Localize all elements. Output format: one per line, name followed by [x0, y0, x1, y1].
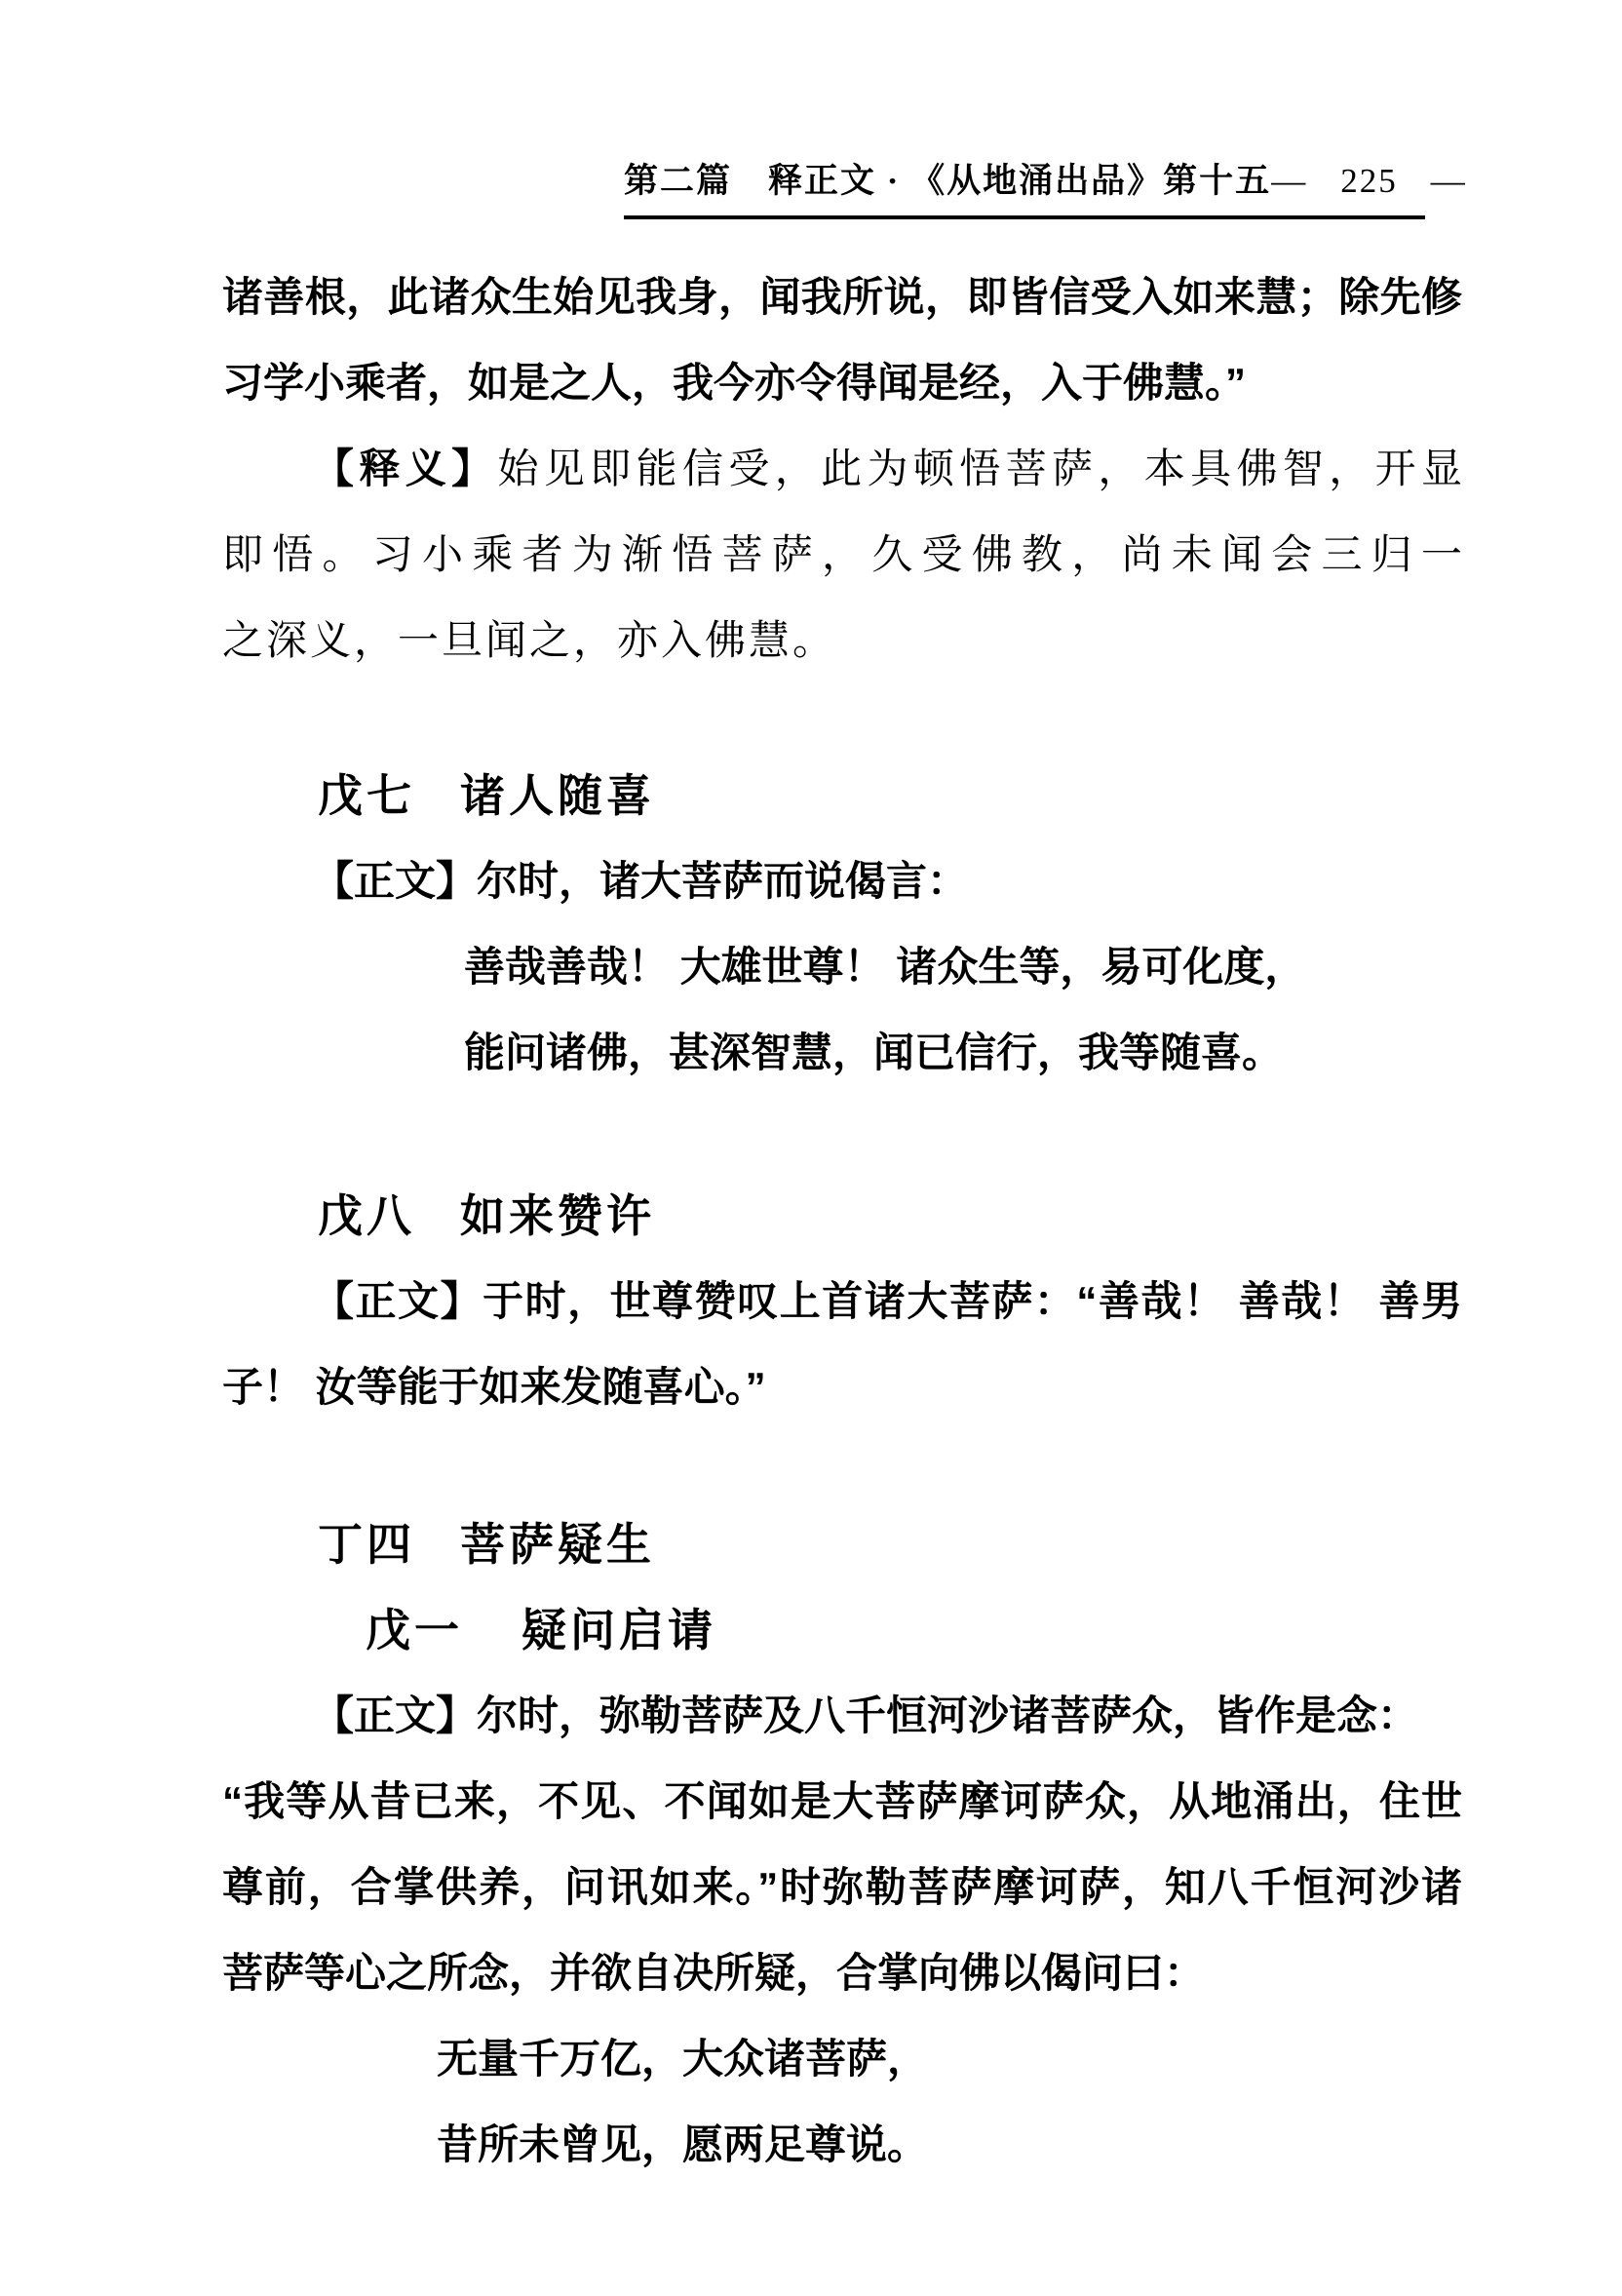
zhengwen-paragraph-line: 子！ 汝等能于如来发随喜心。”: [222, 1344, 1462, 1430]
running-head: 第二篇 释正文 · 《从地涌出品》第十五 — 225 —: [624, 159, 1425, 219]
verse-line: 善哉善哉！ 大雄世尊！ 诸众生等，易可化度，: [222, 924, 1462, 1010]
sutra-quote-line: 习学小乘者，如是之人，我今亦令得闻是经，入于佛慧。”: [222, 340, 1462, 426]
section-heading-number: 戊八: [318, 1173, 415, 1259]
section-heading: 戊一 疑问启请: [222, 1587, 1462, 1673]
section-heading: 丁四 菩萨疑生: [222, 1501, 1462, 1587]
page-number-block: — 225 —: [1271, 159, 1467, 204]
section-heading-number: 戊一: [366, 1587, 463, 1673]
verse-line: 无量千万亿，大众诸菩萨，: [222, 2016, 1462, 2102]
book-page: 第二篇 释正文 · 《从地涌出品》第十五 — 225 — 诸善根，此诸众生始见我…: [0, 0, 1622, 2296]
shiyi-label: 【释义】: [313, 446, 498, 491]
shiyi-text: 始见即能信受，此为顿悟菩萨，本具佛智，开显: [498, 448, 1462, 492]
section-heading: 戊七 诸人随喜: [222, 753, 1462, 838]
zhengwen-label: 【正文】: [313, 1693, 477, 1738]
page-number: 225: [1340, 159, 1398, 204]
zhengwen-text: 于时，世尊赞叹上首诸大菩萨：“善哉！ 善哉！ 善男: [483, 1278, 1462, 1324]
verse-line: 昔所未曾见，愿两足尊说。: [222, 2102, 1462, 2188]
page-number-dash-right: —: [1431, 159, 1467, 204]
shiyi-paragraph-line: 之深义，一旦闻之，亦入佛慧。: [222, 599, 1462, 684]
zhengwen-paragraph-line: 【正文】于时，世尊赞叹上首诸大菩萨：“善哉！ 善哉！ 善男: [222, 1259, 1462, 1344]
zhengwen-label: 【正文】: [313, 1278, 483, 1324]
zhengwen-paragraph-line: 尊前，合掌供养，问讯如来。”时弥勒菩萨摩诃萨，知八千恒河沙诸: [222, 1845, 1462, 1930]
section-heading-title: 诸人随喜: [460, 753, 655, 838]
zhengwen-text: 尔时，诸大菩萨而说偈言：: [477, 858, 968, 904]
zhengwen-paragraph-line: 菩萨等心之所念，并欲自决所疑，合掌向佛以偈问曰：: [222, 1930, 1462, 2016]
section-heading-number: 丁四: [318, 1501, 415, 1587]
zhengwen-paragraph-line: 【正文】尔时，诸大菩萨而说偈言：: [222, 838, 1462, 924]
shiyi-paragraph-line: 即悟。习小乘者为渐悟菩萨，久受佛教，尚未闻会三归一: [222, 513, 1462, 599]
zhengwen-text: 尔时，弥勒菩萨及八千恒河沙诸菩萨众，皆作是念：: [477, 1693, 1418, 1738]
section-heading-title: 如来赞许: [460, 1173, 655, 1259]
section-heading-title: 疑问启请: [521, 1587, 716, 1673]
verse-line: 能问诸佛，甚深智慧，闻已信行，我等随喜。: [222, 1010, 1462, 1096]
zhengwen-paragraph-line: 【正文】尔时，弥勒菩萨及八千恒河沙诸菩萨众，皆作是念：: [222, 1673, 1462, 1759]
section-heading-title: 菩萨疑生: [460, 1501, 655, 1587]
zhengwen-paragraph-line: “我等从昔已来，不见、不闻如是大菩萨摩诃萨众，从地涌出，住世: [222, 1759, 1462, 1845]
section-heading: 戊八 如来赞许: [222, 1173, 1462, 1259]
shiyi-paragraph-line: 【释义】始见即能信受，此为顿悟菩萨，本具佛智，开显: [222, 426, 1462, 513]
sutra-quote-line: 诸善根，此诸众生始见我身，闻我所说，即皆信受入如来慧；除先修: [222, 254, 1462, 340]
running-head-title: 第二篇 释正文 · 《从地涌出品》第十五: [624, 159, 1271, 204]
page-body: 诸善根，此诸众生始见我身，闻我所说，即皆信受入如来慧；除先修 习学小乘者，如是之…: [222, 254, 1462, 2188]
section-heading-number: 戊七: [318, 753, 415, 838]
zhengwen-label: 【正文】: [313, 858, 477, 904]
page-number-dash-left: —: [1271, 159, 1307, 204]
